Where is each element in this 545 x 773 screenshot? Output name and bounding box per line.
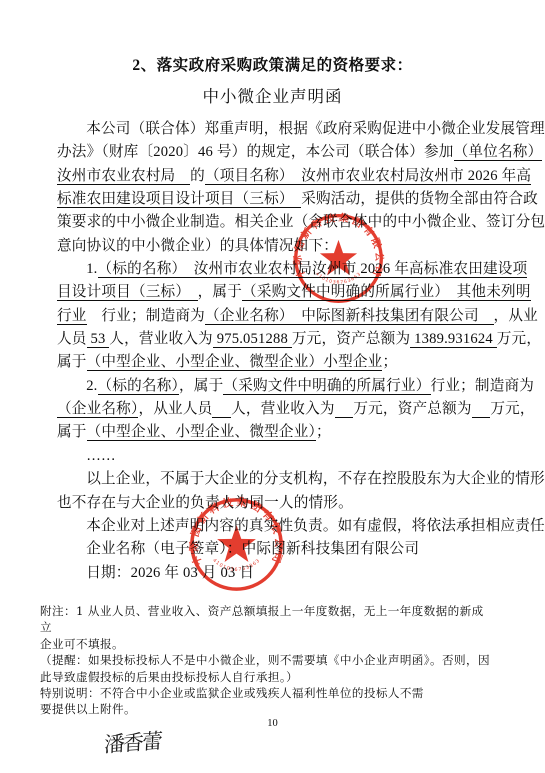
filled-blank: （采购文件中明确的所属行业） 其他未列明 bbox=[242, 284, 531, 301]
filled-blank: 1389.931624 bbox=[410, 331, 497, 348]
body-line: 汝州市农业农村局 的（项目名称） 汝州市农业农村局汝州市 2026 年高 bbox=[57, 165, 491, 188]
body-line: 行业 行业；制造商为（企业名称） 中际图新科技集团有限公司 ，从业 bbox=[57, 305, 491, 328]
body-text: 属于 bbox=[57, 354, 87, 370]
filled-blank: （采购文件中明确的所属行业） bbox=[223, 378, 430, 395]
body-text: 属于 bbox=[57, 424, 87, 440]
body-text: 以上企业，不属于大企业的分支机构，不存在控股股东为大企业的情形， bbox=[86, 471, 545, 487]
footnote-line: 特别说明：不符合中小企业或监狱企业或残疾人福利性单位的投标人不需 bbox=[40, 685, 490, 701]
body-text: …… bbox=[86, 448, 116, 464]
filled-blank: 53 bbox=[87, 331, 110, 348]
handwritten-signature: 潘香蕾 bbox=[104, 725, 162, 759]
filled-blank: （单位名称） bbox=[454, 144, 543, 161]
body-text: ，从业 bbox=[494, 308, 538, 324]
body-text: 2. bbox=[86, 378, 97, 394]
body-text: 万元，资产总额为 bbox=[353, 401, 471, 417]
page-number: 10 bbox=[0, 718, 545, 729]
body-text: 行业；制造商为 bbox=[87, 308, 205, 324]
body-text: 1. bbox=[86, 261, 97, 277]
seal-star-icon bbox=[320, 240, 357, 275]
body-line: 属于（中型企业、小型企业、微型企业）； bbox=[57, 421, 491, 444]
body-text: 采购活动，提供的货物全部由符合政 bbox=[301, 191, 538, 207]
body-text: 办法》（财库〔2020〕46 号）的规定，本公司（联合体）参加 bbox=[57, 144, 454, 160]
body-line: （企业名称），从业人员 人，营业收入为 万元，资产总额为 万元， bbox=[57, 398, 491, 421]
footnote-line: 企业可不填报。 bbox=[40, 636, 490, 652]
body-line: 以上企业，不属于大企业的分支机构，不存在控股股东为大企业的情形， bbox=[57, 468, 491, 491]
filled-blank: 975.051288 bbox=[213, 331, 292, 348]
filled-blank bbox=[212, 401, 231, 418]
filled-blank: （企业名称） 中际图新科技集团有限公司 bbox=[205, 308, 494, 325]
body-line: 办法》（财库〔2020〕46 号）的规定，本公司（联合体）参加（单位名称） bbox=[57, 141, 491, 164]
body-text: 人，营业收入为 bbox=[109, 331, 213, 347]
filled-blank: （标的名称） bbox=[98, 378, 179, 395]
filled-blank: 标准农田建设项目设计项目（三标） bbox=[57, 191, 301, 208]
filled-blank bbox=[335, 401, 354, 418]
filled-blank: （企业名称） bbox=[57, 401, 138, 418]
footnote-line: 此导致虚假投标的后果由投标投标人自行承担。） bbox=[40, 669, 490, 685]
company-seal-icon: 中际图新科技集团有限公司 4101036763863 bbox=[292, 212, 385, 305]
footnotes: 附注：1 从业人员、营业收入、资产总额填报上一年度数据，无上一年度数据的新成立企… bbox=[40, 603, 490, 718]
svg-text:4101036763863: 4101036763863 bbox=[211, 558, 261, 573]
body-text: ，属于 bbox=[198, 284, 242, 300]
body-line: 策要求的中小微企业制造。相关企业（含联合体中的中小微企业、签订分包 bbox=[57, 211, 491, 234]
body-text: ，从业人员 bbox=[138, 401, 212, 417]
body-text: ； bbox=[382, 354, 397, 370]
body-line: 目设计项目（三标） ，属于（采购文件中明确的所属行业） 其他未列明 bbox=[57, 281, 491, 304]
body-text: 本公司（联合体）郑重声明，根据《政府采购促进中小微企业发展管理 bbox=[86, 121, 545, 137]
body-line: 人员 53 人，营业收入为 975.051288 万元，资产总额为 1389.9… bbox=[57, 328, 491, 351]
body-line: 意向协议的中小微企业）的具体情况如下： bbox=[57, 235, 491, 258]
body-text: 行业；制造商为 bbox=[431, 378, 535, 394]
seal-serial-text: 4101036763863 bbox=[314, 271, 362, 286]
body-text: 万元， bbox=[490, 401, 534, 417]
body-text: 本企业对上述声明内容的真实性负责。如有虚假，将依法承担相应责任。 bbox=[86, 518, 545, 534]
page-title: 中小微企业声明函 bbox=[0, 86, 545, 107]
filled-blank: （中型企业、小型企业、微型企业） bbox=[87, 424, 316, 441]
body-line: 标准农田建设项目设计项目（三标） 采购活动，提供的货物全部由符合政 bbox=[57, 188, 491, 211]
footnote-line: 附注：1 从业人员、营业收入、资产总额填报上一年度数据，无上一年度数据的新成立 bbox=[40, 603, 490, 636]
filled-blank: 目设计项目（三标） bbox=[57, 284, 198, 301]
seal-serial-text: 4101036763863 bbox=[211, 558, 261, 573]
body-text: 人，营业收入为 bbox=[231, 401, 335, 417]
footnote-line: 要提供以上附件。 bbox=[40, 701, 490, 717]
company-seal-icon: 中际图新科技集团有限公司 4101036763863 bbox=[188, 496, 285, 593]
filled-blank: （中型企业、小型企业、微型企业）小型企业 bbox=[87, 354, 383, 371]
body-text: ； bbox=[316, 424, 331, 440]
body-line: 1.（标的名称） 汝州市农业农村局汝州市 2026 年高标准农田建设项 bbox=[57, 258, 491, 281]
document-page: 2、落实政府采购政策满足的资格要求： 中小微企业声明函 本公司（联合体）郑重声明… bbox=[0, 0, 545, 773]
body-text: ，属于 bbox=[179, 378, 223, 394]
body-line: 本公司（联合体）郑重声明，根据《政府采购促进中小微企业发展管理 bbox=[57, 118, 491, 141]
body-text: 人员 bbox=[57, 331, 87, 347]
body-line: 2.（标的名称），属于（采购文件中明确的所属行业）行业；制造商为 bbox=[57, 375, 491, 398]
filled-blank: 汝州市农业农村局 bbox=[57, 168, 190, 185]
body-line: 属于（中型企业、小型企业、微型企业）小型企业； bbox=[57, 351, 491, 374]
filled-blank bbox=[472, 401, 491, 418]
footnote-line: （提醒：如果投标投标人不是中小微企业，则不需要填《中小企业声明函》。否则，因 bbox=[40, 652, 490, 668]
seal-star-icon bbox=[217, 525, 256, 562]
body-text: 万元，资产总额为 bbox=[292, 331, 410, 347]
filled-blank: （项目名称） 汝州市农业农村局汝州市 2026 年高 bbox=[205, 168, 531, 185]
body-line: …… bbox=[57, 445, 491, 468]
body-text: 的 bbox=[190, 168, 205, 184]
body-text: 万元， bbox=[497, 331, 541, 347]
svg-text:4101036763863: 4101036763863 bbox=[314, 271, 362, 286]
filled-blank: 行业 bbox=[57, 308, 87, 325]
section-title: 2、落实政府采购政策满足的资格要求： bbox=[0, 0, 545, 75]
